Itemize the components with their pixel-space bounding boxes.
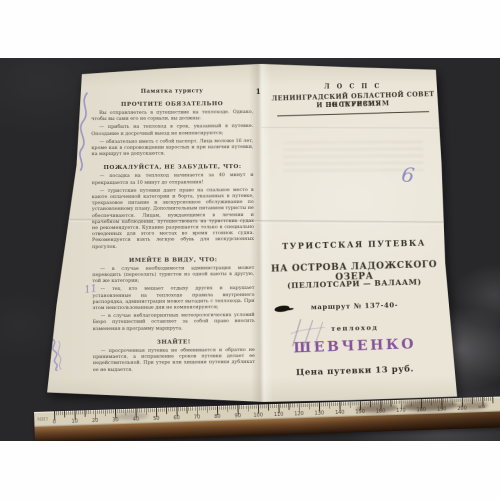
memo-paragraph: Вы отправляетесь в путешествие на теплох…	[91, 110, 253, 124]
margin-squiggle-mark	[73, 91, 96, 175]
memo-section-heading: ЗНАЙТЕ!	[93, 339, 255, 346]
letterbox-bottom	[0, 441, 500, 500]
ruler-number: 130	[315, 410, 325, 416]
memo-paragraph: — посадка на теплоход начинается за 40 м…	[92, 173, 254, 187]
memo-paragraph: — прибыть на теплоход в срок, указанный …	[91, 124, 253, 138]
ruler-number: 90	[235, 413, 242, 419]
letterbox-top	[0, 0, 500, 58]
ruler-number: 70	[194, 414, 201, 420]
ruler-number: 0	[53, 419, 56, 425]
page-corner-mark: 1	[256, 87, 261, 96]
memo-section-heading: ИМЕЙТЕ В ВИДУ, ЧТО:	[92, 257, 254, 264]
memo-paragraph: — просроченная путевка не обменивается и…	[93, 348, 255, 374]
photo-area: Памятка туристу 1 ПРОЧТИТЕ ОБЯЗАТЕЛЬНО В…	[0, 58, 500, 441]
voucher-price: Цена путевки 13 руб.	[267, 364, 443, 380]
memo-section-heading: ПОЖАЛУЙСТА, НЕ ЗАБУДЬТЕ, ЧТО:	[92, 164, 254, 171]
header-rule	[277, 111, 429, 116]
vertical-scribble-mark	[47, 337, 65, 375]
ruler-number: 80	[214, 413, 221, 419]
ruler-number: 60	[173, 415, 180, 421]
memo-paragraph: — обязательно иметь с собой паспорт. Лиц…	[91, 139, 253, 159]
memo-page-title: Памятка туристу 1	[91, 88, 253, 95]
ruler-maker-mark: МИЗ	[37, 417, 48, 422]
memo-page: Памятка туристу 1 ПРОЧТИТЕ ОБЯЗАТЕЛЬНО В…	[91, 88, 255, 376]
ruler-number: 110	[274, 411, 284, 417]
handwritten-eleven-mark: 11	[84, 283, 98, 296]
ruler-number: 20	[92, 417, 99, 423]
route-number: маршрут № 137-40-	[266, 300, 442, 312]
photo-of-tourist-voucher: Памятка туристу 1 ПРОЧТИТЕ ОБЯЗАТЕЛЬНО В…	[0, 0, 500, 500]
ruler-number: 120	[294, 411, 304, 417]
ruler-number: 140	[335, 409, 345, 415]
memo-paragraph: — в случае необходимости администрация м…	[92, 266, 254, 286]
memo-paragraph: — в случае неблагоприятных метеорологиче…	[93, 313, 255, 333]
memo-header-text: Памятка туристу	[141, 88, 204, 94]
ruler-number: 50	[153, 415, 160, 421]
ruler-number: 100	[253, 412, 263, 418]
pencil-fraction-mark	[289, 315, 329, 353]
memo-paragraph: — туристские путевки дают право на спаль…	[92, 188, 254, 251]
paper-sheet: Памятка туристу 1 ПРОЧТИТЕ ОБЯЗАТЕЛЬНО В…	[43, 63, 459, 404]
folded-document: Памятка туристу 1 ПРОЧТИТЕ ОБЯЗАТЕЛЬНО В…	[43, 63, 459, 404]
ruler-number: 10	[71, 418, 78, 424]
voucher-title: ТУРИСТСКАЯ ПУТЕВКА	[266, 237, 442, 251]
memo-section-heading: ПРОЧТИТЕ ОБЯЗАТЕЛЬНО	[91, 101, 253, 108]
memo-paragraph: — тех, кто мешает отдыху других и наруша…	[92, 286, 254, 312]
